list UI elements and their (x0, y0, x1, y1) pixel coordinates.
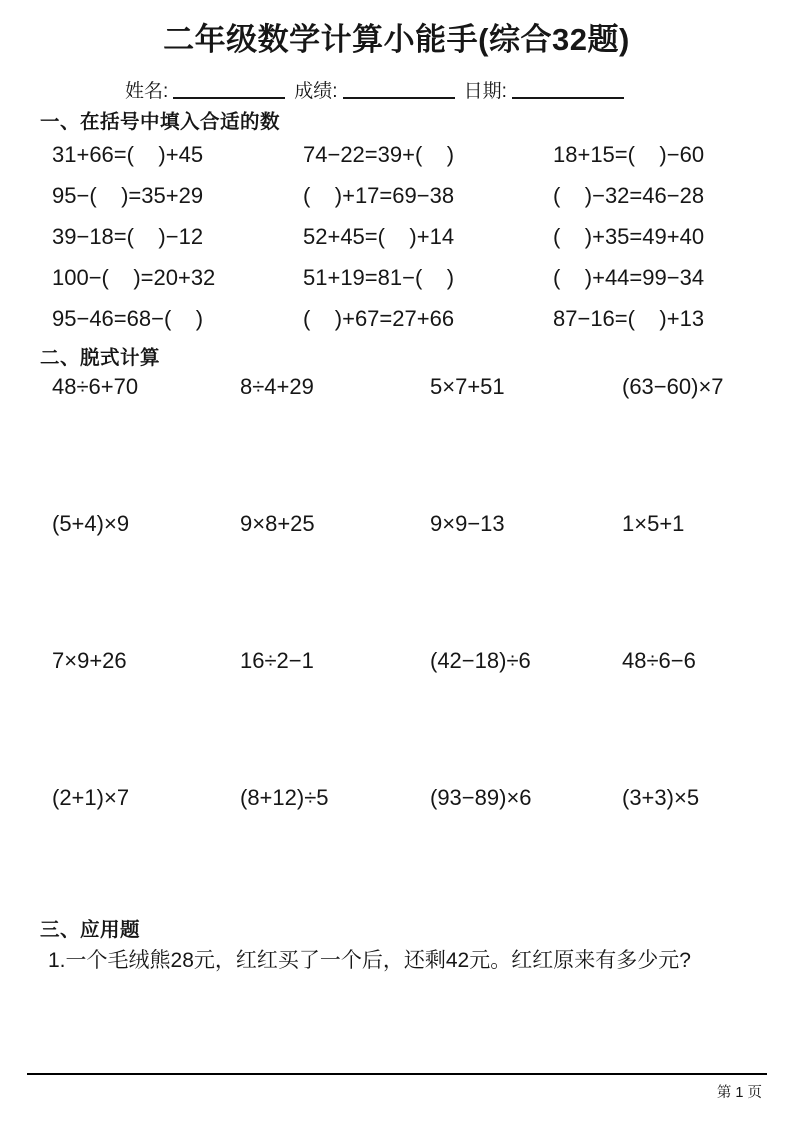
date-label: 日期: (464, 76, 507, 103)
section3-heading: 三、应用题 (40, 914, 140, 942)
calc-expression: (8+12)÷5 (240, 785, 430, 922)
calc-expression: 9×8+25 (240, 511, 430, 648)
calc-expression: 1×5+1 (622, 511, 741, 648)
fill-blank-equation: 95−46=68−( ) (52, 298, 303, 339)
fill-blank-equation: ( )+67=27+66 (303, 298, 553, 339)
calc-expression: (93−89)×6 (430, 785, 622, 922)
section2-heading: 二、脱式计算 (40, 342, 160, 370)
calc-expression: (42−18)÷6 (430, 648, 622, 785)
fill-blank-equation: 87−16=( )+13 (553, 298, 793, 339)
score-blank (343, 80, 455, 99)
fill-blank-equation: 51+19=81−( ) (303, 257, 553, 298)
fill-blank-equation: ( )+35=49+40 (553, 216, 793, 257)
calc-expression: 7×9+26 (52, 648, 240, 785)
page-title: 二年级数学计算小能手(综合32题) (0, 14, 793, 59)
worksheet-page: 二年级数学计算小能手(综合32题) 姓名:成绩:日期: 一、在括号中填入合适的数… (0, 0, 793, 1122)
fill-blank-equation: 18+15=( )−60 (553, 134, 793, 175)
fill-blank-equation: ( )−32=46−28 (553, 175, 793, 216)
footer-divider (27, 1073, 767, 1075)
word-problem: 1.一个毛绒熊28元，红红买了一个后，还剩42元。红红原来有多少元? (48, 944, 691, 974)
fill-blank-equation: 39−18=( )−12 (52, 216, 303, 257)
calc-expression: 16÷2−1 (240, 648, 430, 785)
meta-row: 姓名:成绩:日期: (125, 76, 624, 103)
calc-expression: (63−60)×7 (622, 374, 741, 511)
name-blank (173, 80, 285, 99)
calc-expression: 9×9−13 (430, 511, 622, 648)
fill-blank-equation: ( )+44=99−34 (553, 257, 793, 298)
fill-blank-equation: 100−( )=20+32 (52, 257, 303, 298)
calc-expression: (2+1)×7 (52, 785, 240, 922)
fill-blank-equation: 95−( )=35+29 (52, 175, 303, 216)
section1-equations: 31+66=( )+45 74−22=39+( ) 18+15=( )−60 9… (52, 134, 793, 339)
fill-blank-equation: 31+66=( )+45 (52, 134, 303, 175)
calc-expression: 8÷4+29 (240, 374, 430, 511)
calc-expression: 48÷6+70 (52, 374, 240, 511)
calc-expression: 5×7+51 (430, 374, 622, 511)
name-label: 姓名: (125, 76, 168, 103)
calc-expression: 48÷6−6 (622, 648, 741, 785)
calc-expression: (5+4)×9 (52, 511, 240, 648)
date-blank (512, 80, 624, 99)
fill-blank-equation: 74−22=39+( ) (303, 134, 553, 175)
fill-blank-equation: 52+45=( )+14 (303, 216, 553, 257)
fill-blank-equation: ( )+17=69−38 (303, 175, 553, 216)
calc-expression: (3+3)×5 (622, 785, 741, 922)
score-label: 成绩: (294, 76, 337, 103)
page-number: 第 1 页 (717, 1081, 762, 1102)
section1-heading: 一、在括号中填入合适的数 (40, 106, 280, 134)
section2-expressions: 48÷6+70 8÷4+29 5×7+51 (63−60)×7 (5+4)×9 … (52, 374, 741, 922)
